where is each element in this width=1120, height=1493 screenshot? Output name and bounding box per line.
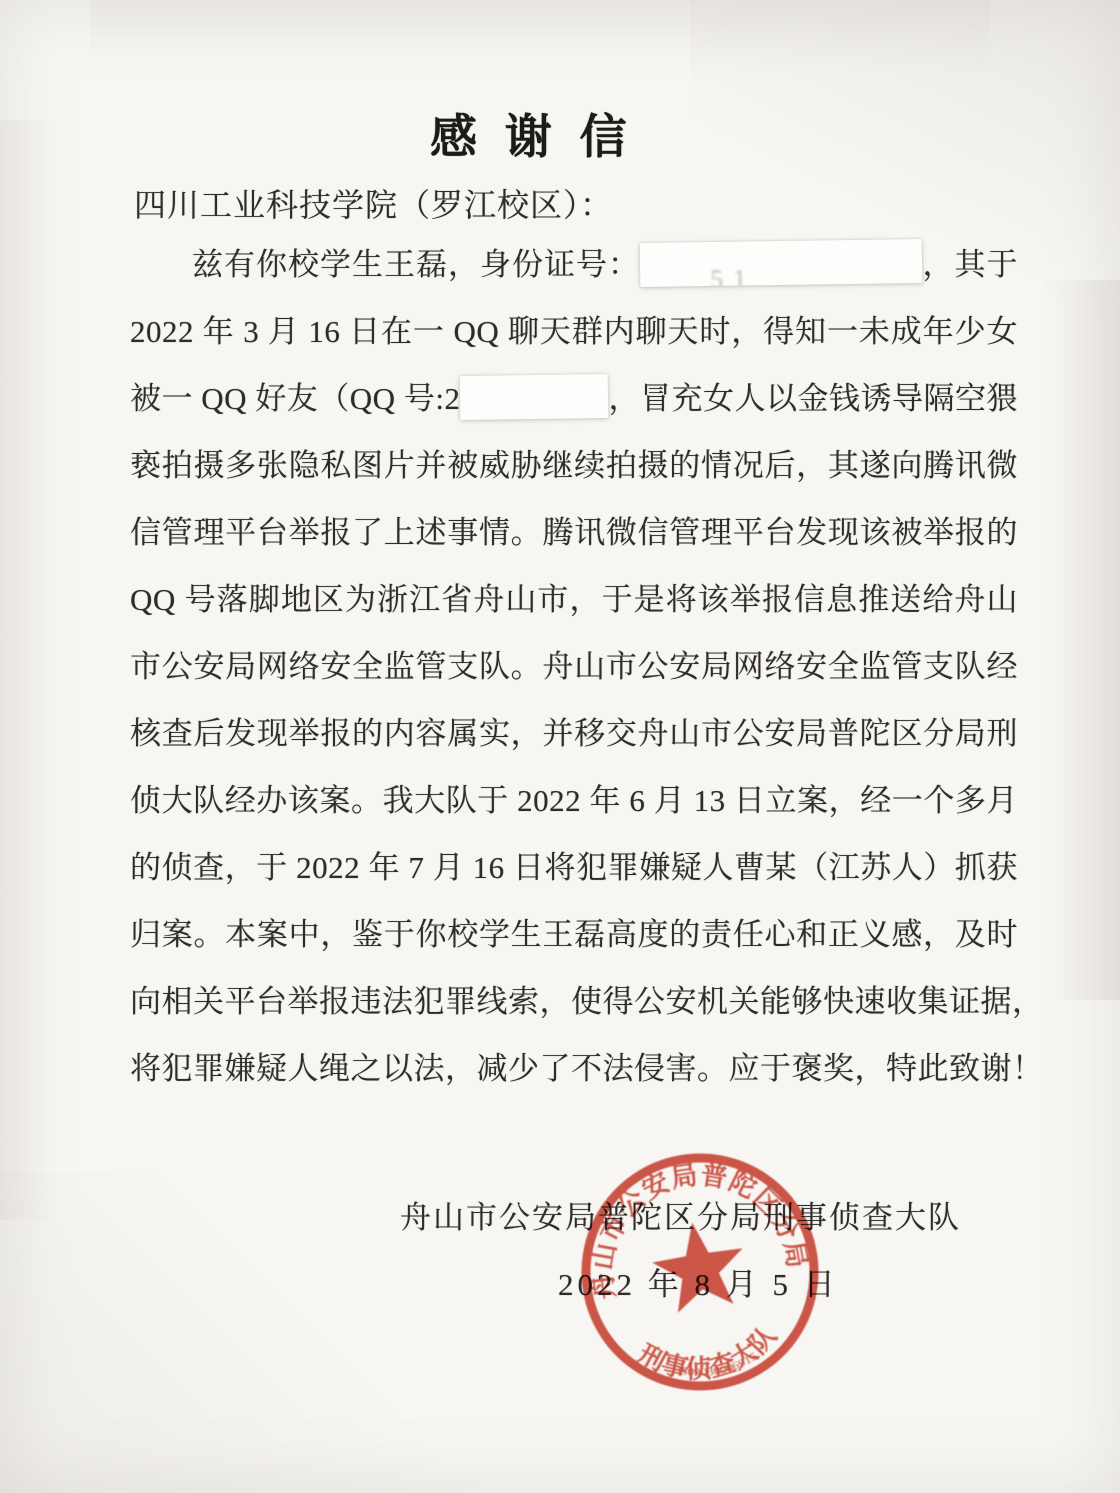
paper-crease [1025,280,1120,1000]
body-line: 市公安局网络安全监管支队。舟山市公安局网络安全监管支队经 [130,633,1018,700]
body-line: 的侦查，于 2022 年 7 月 16 日将犯罪嫌疑人曹某（江苏人）抓获 [130,834,1018,901]
paper-crease [0,120,70,1220]
letter-title: 感 谢 信 [430,100,635,167]
id-number-redaction: 51 [640,239,923,287]
body-line: 2022 年 3 月 16 日在一 QQ 聊天群内聊天时，得知一未成年少女 [130,298,1018,365]
letter-body: 兹有你校学生王磊，身份证号：51，其于 2022 年 3 月 16 日在一 QQ… [130,231,1018,1102]
body-line: 向相关平台举报违法犯罪线索，使得公安机关能够快速收集证据， [130,968,1018,1035]
body-line: 侦大队经办该案。我大队于 2022 年 6 月 13 日立案，经一个多月 [130,767,1018,834]
body-line: 归案。本案中，鉴于你校学生王磊高度的责任心和正义感，及时 [130,901,1018,968]
body-line: 兹有你校学生王磊，身份证号：51，其于 [130,231,1018,298]
seal-star-icon [647,1215,751,1315]
body-text: ，其于 [922,247,1018,282]
qq-number-redaction [460,374,609,420]
body-text: 被一 QQ 好友（QQ 号:2 [130,381,460,416]
body-line: 信管理平台举报了上述事情。腾讯微信管理平台发现该被举报的 [130,499,1018,566]
scanned-letter-page: 感 谢 信 四川工业科技学院（罗江校区）： 兹有你校学生王磊，身份证号：51，其… [0,0,1120,1493]
body-line: 将犯罪嫌疑人绳之以法，减少了不法侵害。应于褒奖，特此致谢！ [130,1035,1018,1102]
official-seal: 舟山市公安局普陀区分局 刑事侦查大队 3309030006915 [551,1123,848,1420]
body-text: 兹有你校学生王磊，身份证号： [192,247,640,282]
salutation-line: 四川工业科技学院（罗江校区）： [134,180,613,226]
body-line: 被一 QQ 好友（QQ 号:2，冒充女人以金钱诱导隔空猥 [130,365,1018,432]
seal-bottom-text: 刑事侦查大队 [630,1318,787,1395]
body-line: 核查后发现举报的内容属实，并移交舟山市公安局普陀区分局刑 [130,700,1018,767]
body-line: QQ 号落脚地区为浙江省舟山市，于是将该举报信息推送给舟山 [130,566,1018,633]
body-line: 亵拍摄多张隐私图片并被威胁继续拍摄的情况后，其遂向腾讯微 [130,432,1018,499]
redacted-id-fragment: 51 [648,245,757,287]
paper-crease [90,0,990,90]
body-text: ，冒充女人以金钱诱导隔空猥 [608,381,1018,416]
